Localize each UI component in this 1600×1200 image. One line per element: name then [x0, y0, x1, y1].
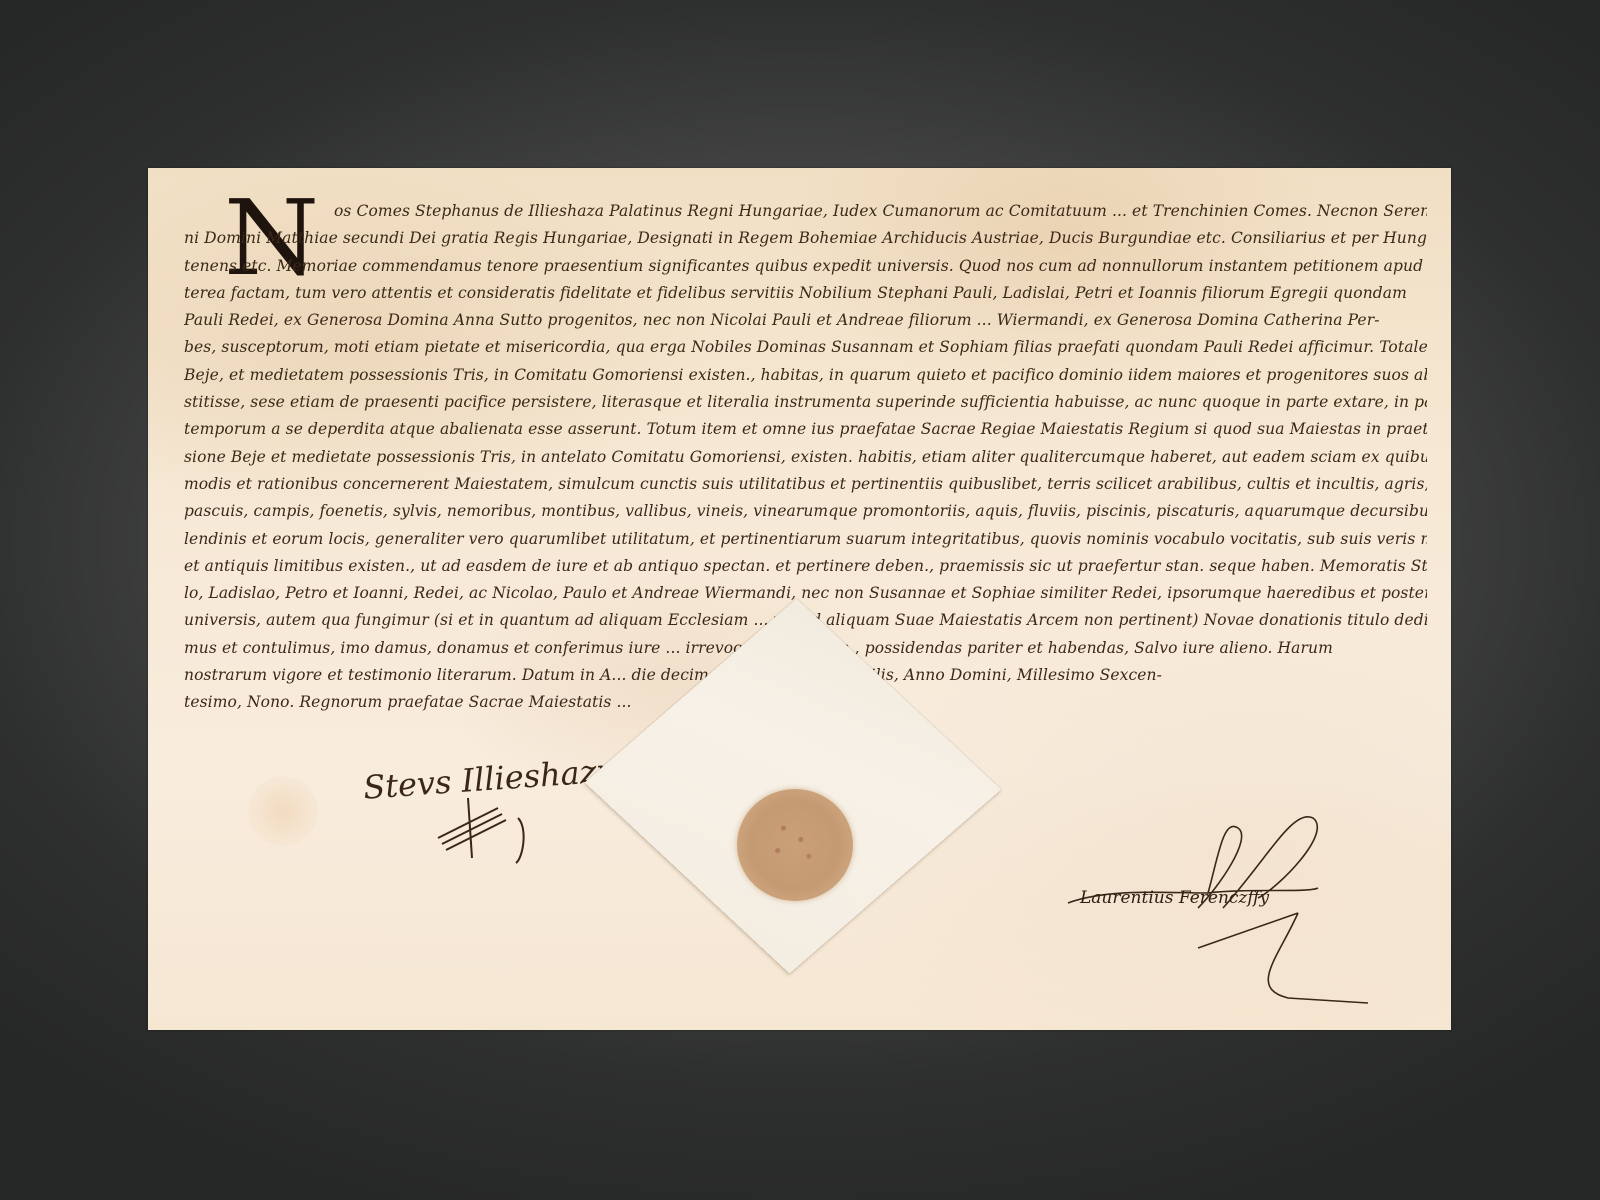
text-line: temporum a se deperdita atque abalienata…	[184, 416, 1427, 443]
text-line: lo, Ladislao, Petro et Ioanni, Redei, ac…	[184, 580, 1427, 607]
text-line: os Comes Stephanus de Illieshaza Palatin…	[334, 198, 1427, 225]
text-line: tenens etc. Memoriae commendamus tenore …	[184, 253, 1427, 280]
text-line: lendinis et eorum locis, generaliter ver…	[184, 526, 1427, 553]
text-line: sione Beje et medietate possessionis Tri…	[184, 444, 1427, 471]
text-line: et antiquis limitibus existen., ut ad ea…	[184, 553, 1427, 580]
text-line: stitisse, sese etiam de praesenti pacifi…	[184, 389, 1427, 416]
signature-right: Laurentius Ferenczffy	[1080, 888, 1269, 908]
text-line: Beje, et medietatem possessionis Tris, i…	[184, 362, 1427, 389]
text-line: terea factam, tum vero attentis et consi…	[184, 280, 1427, 307]
text-line: bes, susceptorum, moti etiam pietate et …	[184, 334, 1427, 361]
faded-stamp-mark	[248, 776, 318, 846]
signature-right-flourish-icon	[1048, 798, 1368, 1018]
manuscript-text-block: os Comes Stephanus de Illieshaza Palatin…	[334, 198, 1427, 717]
signature-flourish-icon	[428, 778, 548, 868]
wax-seal	[737, 789, 853, 901]
manuscript-document: N os Comes Stephanus de Illieshaza Palat…	[148, 168, 1451, 1030]
text-line: Pauli Redei, ex Generosa Domina Anna Sut…	[184, 307, 1427, 334]
text-line: pascuis, campis, foenetis, sylvis, nemor…	[184, 498, 1427, 525]
text-line: modis et rationibus concernerent Maiesta…	[184, 471, 1427, 498]
text-line: ni Domini Matthiae secundi Dei gratia Re…	[184, 225, 1427, 252]
